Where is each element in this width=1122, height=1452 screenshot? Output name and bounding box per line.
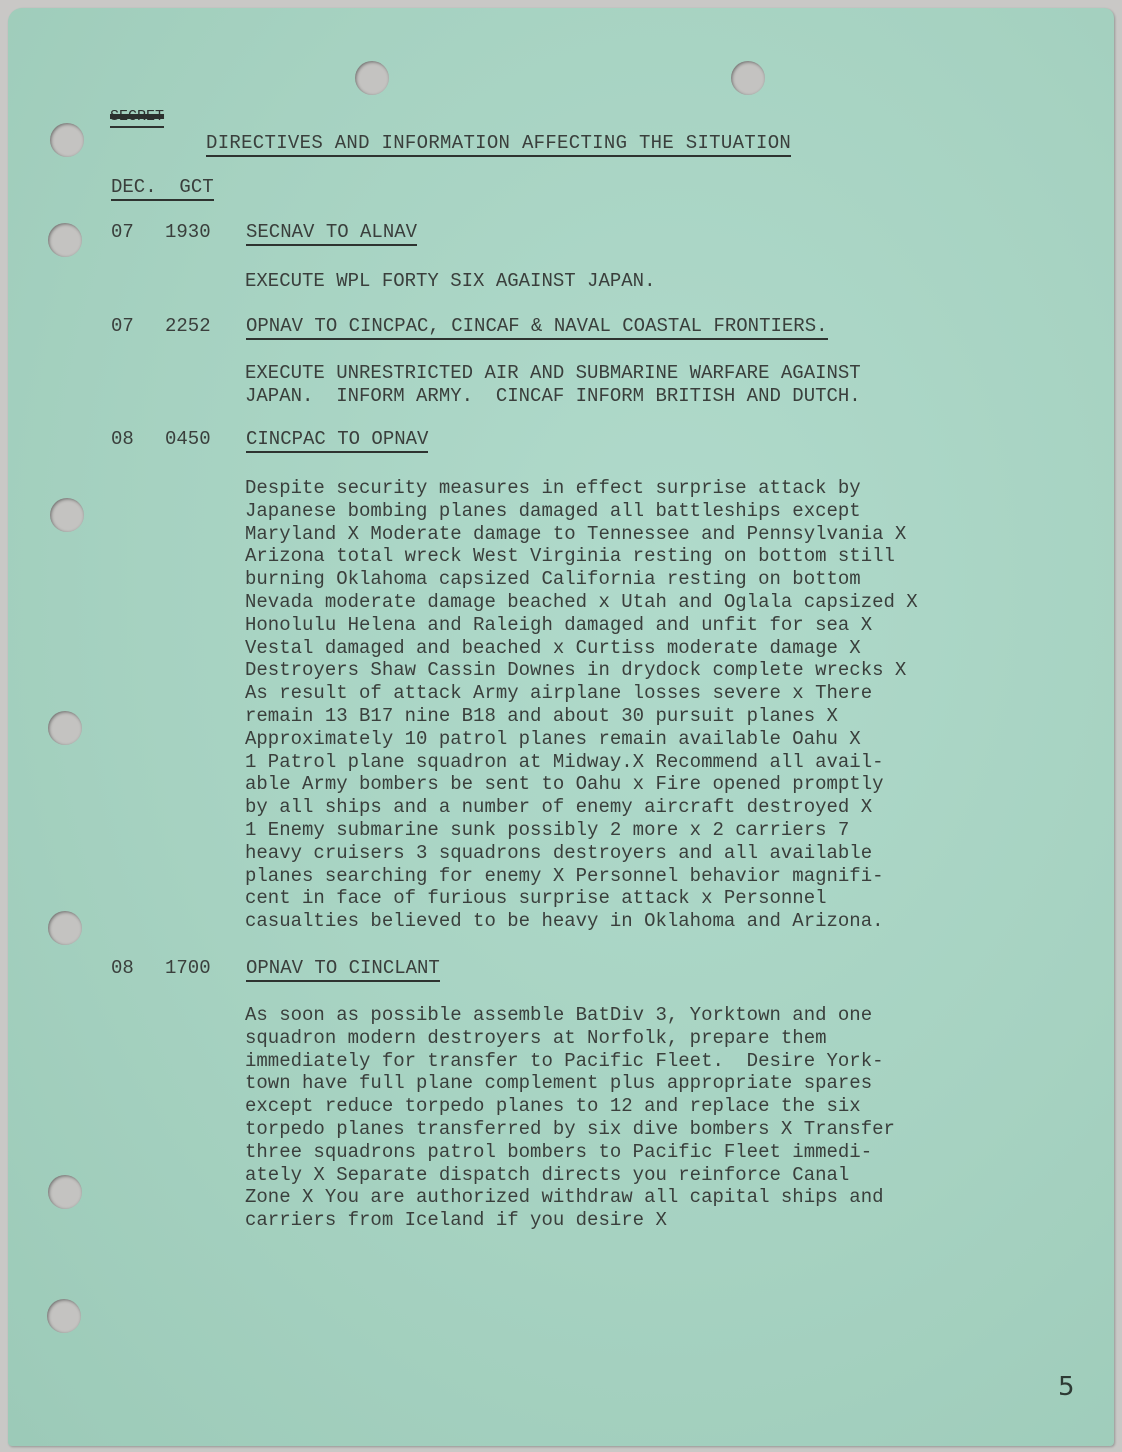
message-line: Arizona total wreck West Virginia restin…: [245, 545, 918, 568]
message-line: cent in face of furious surprise attack …: [245, 887, 918, 910]
punch-hole-icon: [731, 61, 765, 95]
message-line: Japanese bombing planes damaged all batt…: [245, 500, 918, 523]
dispatch-message: EXECUTE UNRESTRICTED AIR AND SUBMARINE W…: [245, 362, 861, 408]
message-line: carriers from Iceland if you desire X: [245, 1209, 895, 1232]
classification-mark: SECRET: [110, 108, 164, 128]
dispatch-route: OPNAV TO CINCPAC, CINCAF & NAVAL COASTAL…: [246, 315, 828, 340]
message-line: As result of attack Army airplane losses…: [245, 682, 918, 705]
dispatch-day: 07: [111, 221, 134, 243]
punch-hole-icon: [48, 223, 82, 257]
message-line: except reduce torpedo planes to 12 and r…: [245, 1095, 895, 1118]
column-headers: DEC. GCT: [111, 176, 214, 201]
message-line: three squadrons patrol bombers to Pacifi…: [245, 1141, 895, 1164]
column-header-day: DEC.: [111, 176, 157, 198]
message-line: 1 Patrol plane squadron at Midway.X Reco…: [245, 751, 918, 774]
page-number: 5: [1058, 1372, 1075, 1402]
dispatch-time: 2252: [165, 315, 211, 337]
dispatch-message: As soon as possible assemble BatDiv 3, Y…: [245, 1004, 895, 1232]
dispatch-message: Despite security measures in effect surp…: [245, 477, 918, 933]
dispatch-time: 0450: [165, 428, 211, 450]
message-line: EXECUTE WPL FORTY SIX AGAINST JAPAN.: [245, 270, 655, 293]
punch-hole-icon: [50, 498, 84, 532]
message-line: Zone X You are authorized withdraw all c…: [245, 1186, 895, 1209]
dispatch-route: SECNAV TO ALNAV: [246, 221, 417, 246]
message-line: Vestal damaged and beached x Curtiss mod…: [245, 637, 918, 660]
column-header-time: GCT: [179, 176, 213, 198]
message-line: burning Oklahoma capsized California res…: [245, 568, 918, 591]
message-line: remain 13 B17 nine B18 and about 30 purs…: [245, 705, 918, 728]
message-line: by all ships and a number of enemy aircr…: [245, 796, 918, 819]
message-line: As soon as possible assemble BatDiv 3, Y…: [245, 1004, 895, 1027]
dispatch-time: 1930: [165, 221, 211, 243]
dispatch-day: 08: [111, 428, 134, 450]
message-line: JAPAN. INFORM ARMY. CINCAF INFORM BRITIS…: [245, 385, 861, 408]
message-line: able Army bombers be sent to Oahu x Fire…: [245, 773, 918, 796]
message-line: Maryland X Moderate damage to Tennessee …: [245, 523, 918, 546]
punch-hole-icon: [47, 1299, 81, 1333]
message-line: town have full plane complement plus app…: [245, 1072, 895, 1095]
message-line: 1 Enemy submarine sunk possibly 2 more x…: [245, 819, 918, 842]
punch-hole-icon: [50, 123, 84, 157]
dispatch-time: 1700: [165, 957, 211, 979]
dispatch-route: OPNAV TO CINCLANT: [246, 957, 440, 982]
message-line: heavy cruisers 3 squadrons destroyers an…: [245, 842, 918, 865]
message-line: EXECUTE UNRESTRICTED AIR AND SUBMARINE W…: [245, 362, 861, 385]
message-line: torpedo planes transferred by six dive b…: [245, 1118, 895, 1141]
punch-hole-icon: [48, 711, 82, 745]
message-line: Approximately 10 patrol planes remain av…: [245, 728, 918, 751]
punch-hole-icon: [355, 61, 389, 95]
dispatch-day: 08: [111, 957, 134, 979]
punch-hole-icon: [48, 911, 82, 945]
message-line: Despite security measures in effect surp…: [245, 477, 918, 500]
document-title: DIRECTIVES AND INFORMATION AFFECTING THE…: [206, 132, 791, 157]
message-line: casualties believed to be heavy in Oklah…: [245, 910, 918, 933]
dispatch-day: 07: [111, 315, 134, 337]
message-line: immediately for transfer to Pacific Flee…: [245, 1050, 895, 1073]
message-line: Destroyers Shaw Cassin Downes in drydock…: [245, 659, 918, 682]
message-line: Honolulu Helena and Raleigh damaged and …: [245, 614, 918, 637]
message-line: planes searching for enemy X Personnel b…: [245, 865, 918, 888]
dispatch-route: CINCPAC TO OPNAV: [246, 428, 428, 453]
message-line: ately X Separate dispatch directs you re…: [245, 1164, 895, 1187]
punch-hole-icon: [48, 1175, 82, 1209]
dispatch-message: EXECUTE WPL FORTY SIX AGAINST JAPAN.: [245, 270, 655, 293]
message-line: Nevada moderate damage beached x Utah an…: [245, 591, 918, 614]
message-line: squadron modern destroyers at Norfolk, p…: [245, 1027, 895, 1050]
